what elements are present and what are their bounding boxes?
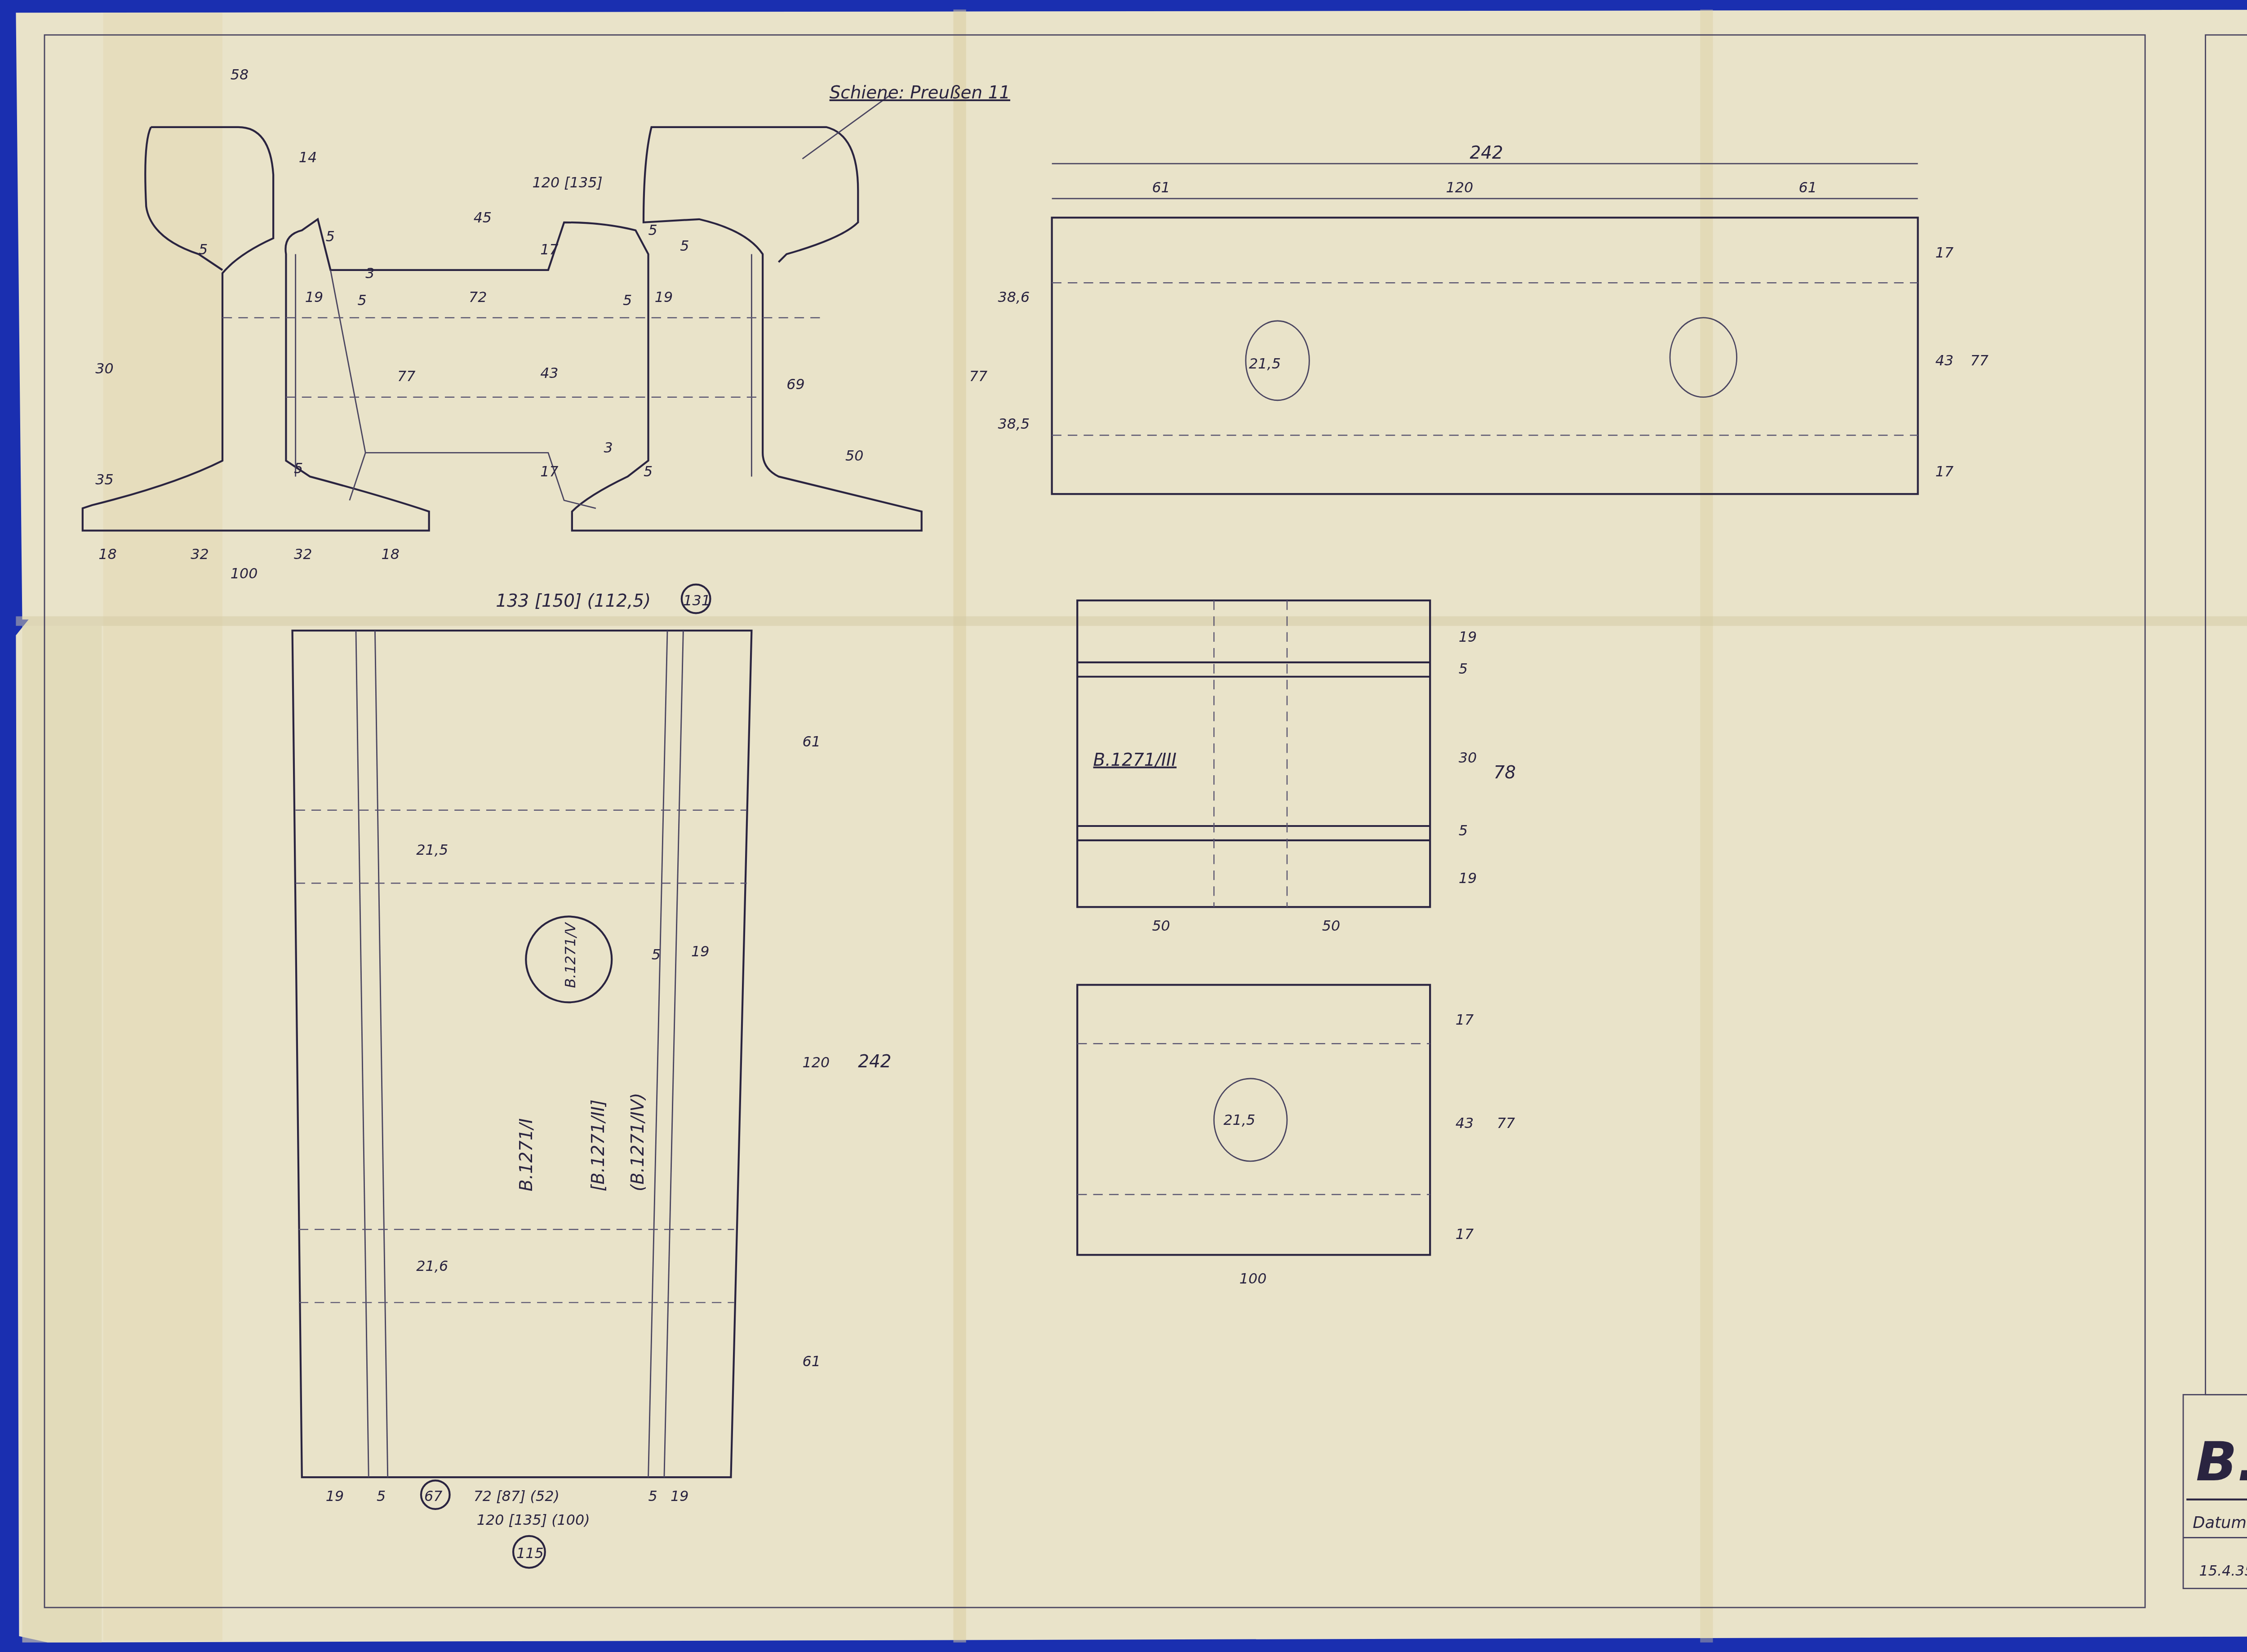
dim-61: 61 [1152,179,1170,196]
dim-77: 77 [1970,352,1988,369]
dim-35: 35 [95,471,113,488]
dim-242: 242 [858,1052,891,1072]
dim-head-width: 58 [231,66,249,83]
dim-43: 43 [540,364,558,382]
dim-77: 77 [1497,1115,1515,1132]
dim-hole-dia: 21,5 [1223,1111,1255,1128]
dim-32: 32 [294,546,312,563]
label-b1271-v: B.1271/V [562,922,579,988]
dim-circled-115: 115 [516,1545,544,1562]
dim-5: 5 [648,1488,657,1505]
dim-19: 19 [305,289,323,306]
dim-fillet: 5 [644,463,653,480]
dim-72: 72 [469,289,487,306]
dim-hole-upper: 21,5 [416,841,448,858]
dim-43: 43 [1935,352,1953,369]
dim-fillet: 5 [294,460,303,477]
dim-120: 120 [1446,179,1473,196]
dim-77: 77 [969,368,987,385]
rail-type-note: Schiene: Preußen 11 [830,83,1010,103]
dim-50: 50 [1322,917,1340,934]
dim-72: 72 [87] (52) [474,1488,560,1505]
dim-bottom-17: 17 [540,463,558,480]
dim-fillet: 3 [365,265,374,282]
dim-height-45: 45 [474,209,492,226]
dim-hole-dia: 21,5 [1249,355,1281,372]
dim-50: 50 [845,447,863,464]
dim-100: 100 [231,565,258,582]
date-value: 15.4.35. [2199,1562,2247,1579]
dim-circled-67: 67 [424,1488,442,1505]
label-b1271-ii: [B.1271/II] [588,1100,608,1191]
dim-69: 69 [786,376,804,393]
dim-120-135-100: 120 [135] (100) [477,1511,590,1528]
label-b1271-i: B.1271/I [516,1118,537,1191]
dim-17: 17 [1456,1226,1474,1243]
dim-17: 17 [1935,244,1953,261]
dim-5: 5 [358,292,367,309]
label-b1271-iii: B.1271/III [1093,750,1177,770]
dim-5: 5 [623,292,632,309]
dim-19: 19 [671,1488,688,1505]
dim-43: 43 [1456,1115,1474,1132]
dim-fillet: 5 [648,222,657,239]
drawing-photo: 58 14 5 5 3 5 5 120 [135] 45 17 19 5 72 … [0,0,2247,1652]
dim-top-17: 17 [540,241,558,258]
dim-fillet: 5 [199,241,208,258]
dim-19: 19 [326,1488,344,1505]
dim-19: 19 [1459,870,1477,887]
dim-38-6: 38,6 [998,289,1030,306]
dim-61: 61 [803,733,821,750]
dim-19: 19 [1459,628,1477,645]
dim-19: 19 [691,943,709,960]
dim-38-5: 38,5 [998,415,1030,432]
dim-120: 120 [803,1054,830,1071]
dim-fillet: 5 [680,237,689,254]
dim-fillet: 5 [326,228,335,245]
dim-32: 32 [191,546,209,563]
dim-18: 18 [382,546,400,563]
dim-78: 78 [1494,763,1516,783]
dim-inner-span: 120 [135] [532,174,602,191]
dim-61: 61 [1798,179,1816,196]
dim-fillet: 3 [604,439,613,456]
dim-5: 5 [652,946,661,963]
dim-circled-131: 131 [683,592,711,609]
dim-30: 30 [95,360,113,377]
dim-5: 5 [1459,660,1468,677]
dim-overall-width: 133 [150] (112,5) [496,591,651,611]
technical-drawing: 58 14 5 5 3 5 5 120 [135] 45 17 19 5 72 … [0,0,2247,1652]
dim-17: 17 [1456,1011,1474,1028]
date-label: Datum [2193,1514,2247,1532]
dim-100: 100 [1239,1270,1267,1287]
dim-hole-lower: 21,6 [416,1257,448,1275]
dim-head-radius: 14 [299,149,317,166]
dim-19: 19 [655,289,673,306]
dim-77: 77 [397,368,415,385]
dim-30: 30 [1459,749,1477,766]
dim-5: 5 [377,1488,386,1505]
label-b1271-iv: (B.1271/IV) [628,1093,648,1191]
drawing-number: B.1271 I [2196,1430,2247,1493]
dim-5: 5 [1459,822,1468,839]
dim-61: 61 [803,1353,821,1370]
dim-18: 18 [98,546,116,563]
dim-50: 50 [1152,917,1170,934]
dim-17: 17 [1935,463,1953,480]
dim-242: 242 [1470,143,1503,163]
